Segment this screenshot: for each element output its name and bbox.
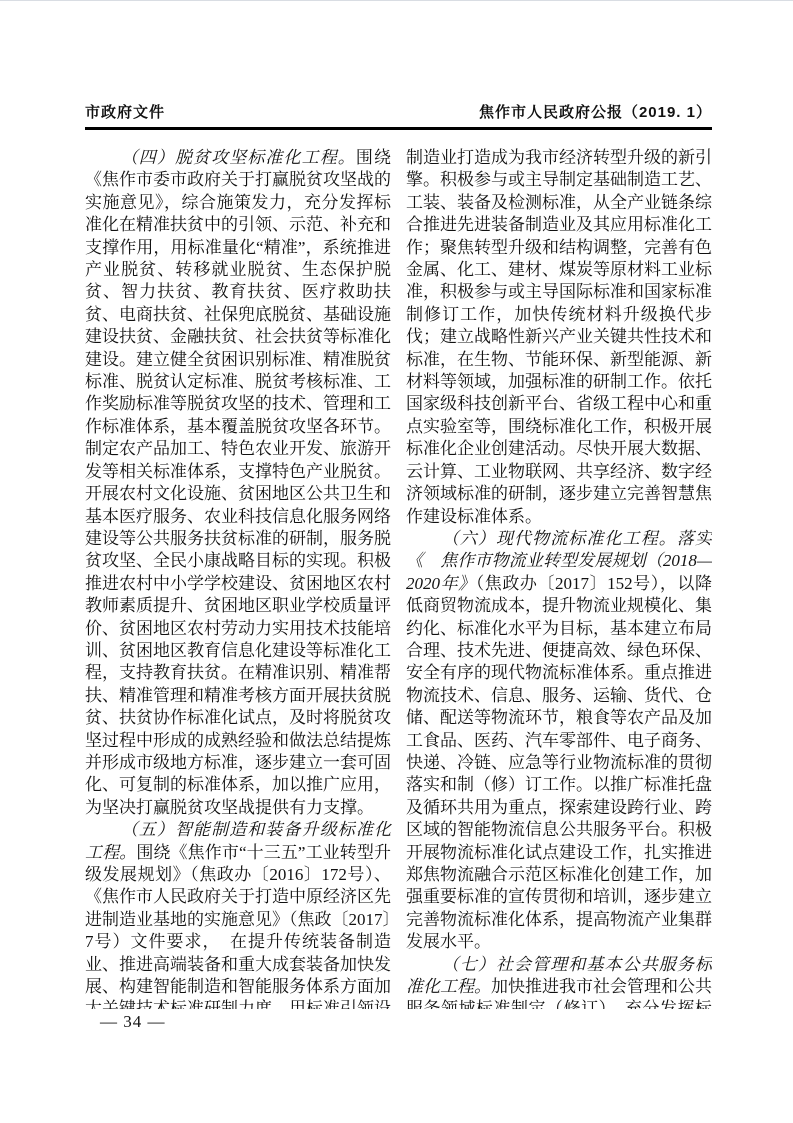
left-column: （四）脱贫攻坚标准化工程。围绕《焦作市委市政府关于打赢脱贫攻坚战的实施意见》，综… [85, 147, 391, 1009]
page-header: 市政府文件 焦作市人民政府公报（2019. 1） [85, 101, 712, 122]
header-rule [85, 127, 712, 130]
gazette-page: 市政府文件 焦作市人民政府公报（2019. 1） （四）脱贫攻坚标准化工程。围绕… [0, 0, 793, 1123]
section-heading: （四）脱贫攻坚标准化工程。 [121, 148, 356, 167]
paragraph: （四）脱贫攻坚标准化工程。围绕《焦作市委市政府关于打赢脱贫攻坚战的实施意见》，综… [85, 147, 391, 819]
gazette-title: 焦作市人民政府公报（2019. 1） [479, 101, 712, 122]
body-text: 围绕《焦作市“十三五”工业转型升级发展规划》（焦政办〔2016〕172号）、《焦… [85, 843, 391, 1009]
body-text: （焦政办〔2017〕152号），以降低商贸物流成本，提升物流业规模化、集约化、标… [406, 574, 712, 952]
page-number: — 34 — [100, 1012, 166, 1032]
right-column: 制造业打造成为我市经济转型升级的新引擎。积极参与或主导制定基础制造工艺、工装、装… [406, 147, 712, 1009]
document-body: （四）脱贫攻坚标准化工程。围绕《焦作市委市政府关于打赢脱贫攻坚战的实施意见》，综… [85, 147, 712, 1009]
body-text: 围绕《焦作市委市政府关于打赢脱贫攻坚战的实施意见》，综合施策发力，充分发挥标准化… [85, 148, 391, 817]
paragraph: （五）智能制造和装备升级标准化工程。围绕《焦作市“十三五”工业转型升级发展规划》… [85, 819, 391, 1009]
paragraph: （七）社会管理和基本公共服务标准化工程。加快推进我市社会管理和公共服务领域标准制… [406, 954, 712, 1009]
body-text: 制造业打造成为我市经济转型升级的新引擎。积极参与或主导制定基础制造工艺、工装、装… [406, 148, 712, 526]
paragraph: 制造业打造成为我市经济转型升级的新引擎。积极参与或主导制定基础制造工艺、工装、装… [406, 147, 712, 528]
document-category-label: 市政府文件 [85, 101, 165, 122]
paragraph: （六）现代物流标准化工程。落实《 焦作市物流业转型发展规划（2018—2020年… [406, 528, 712, 954]
